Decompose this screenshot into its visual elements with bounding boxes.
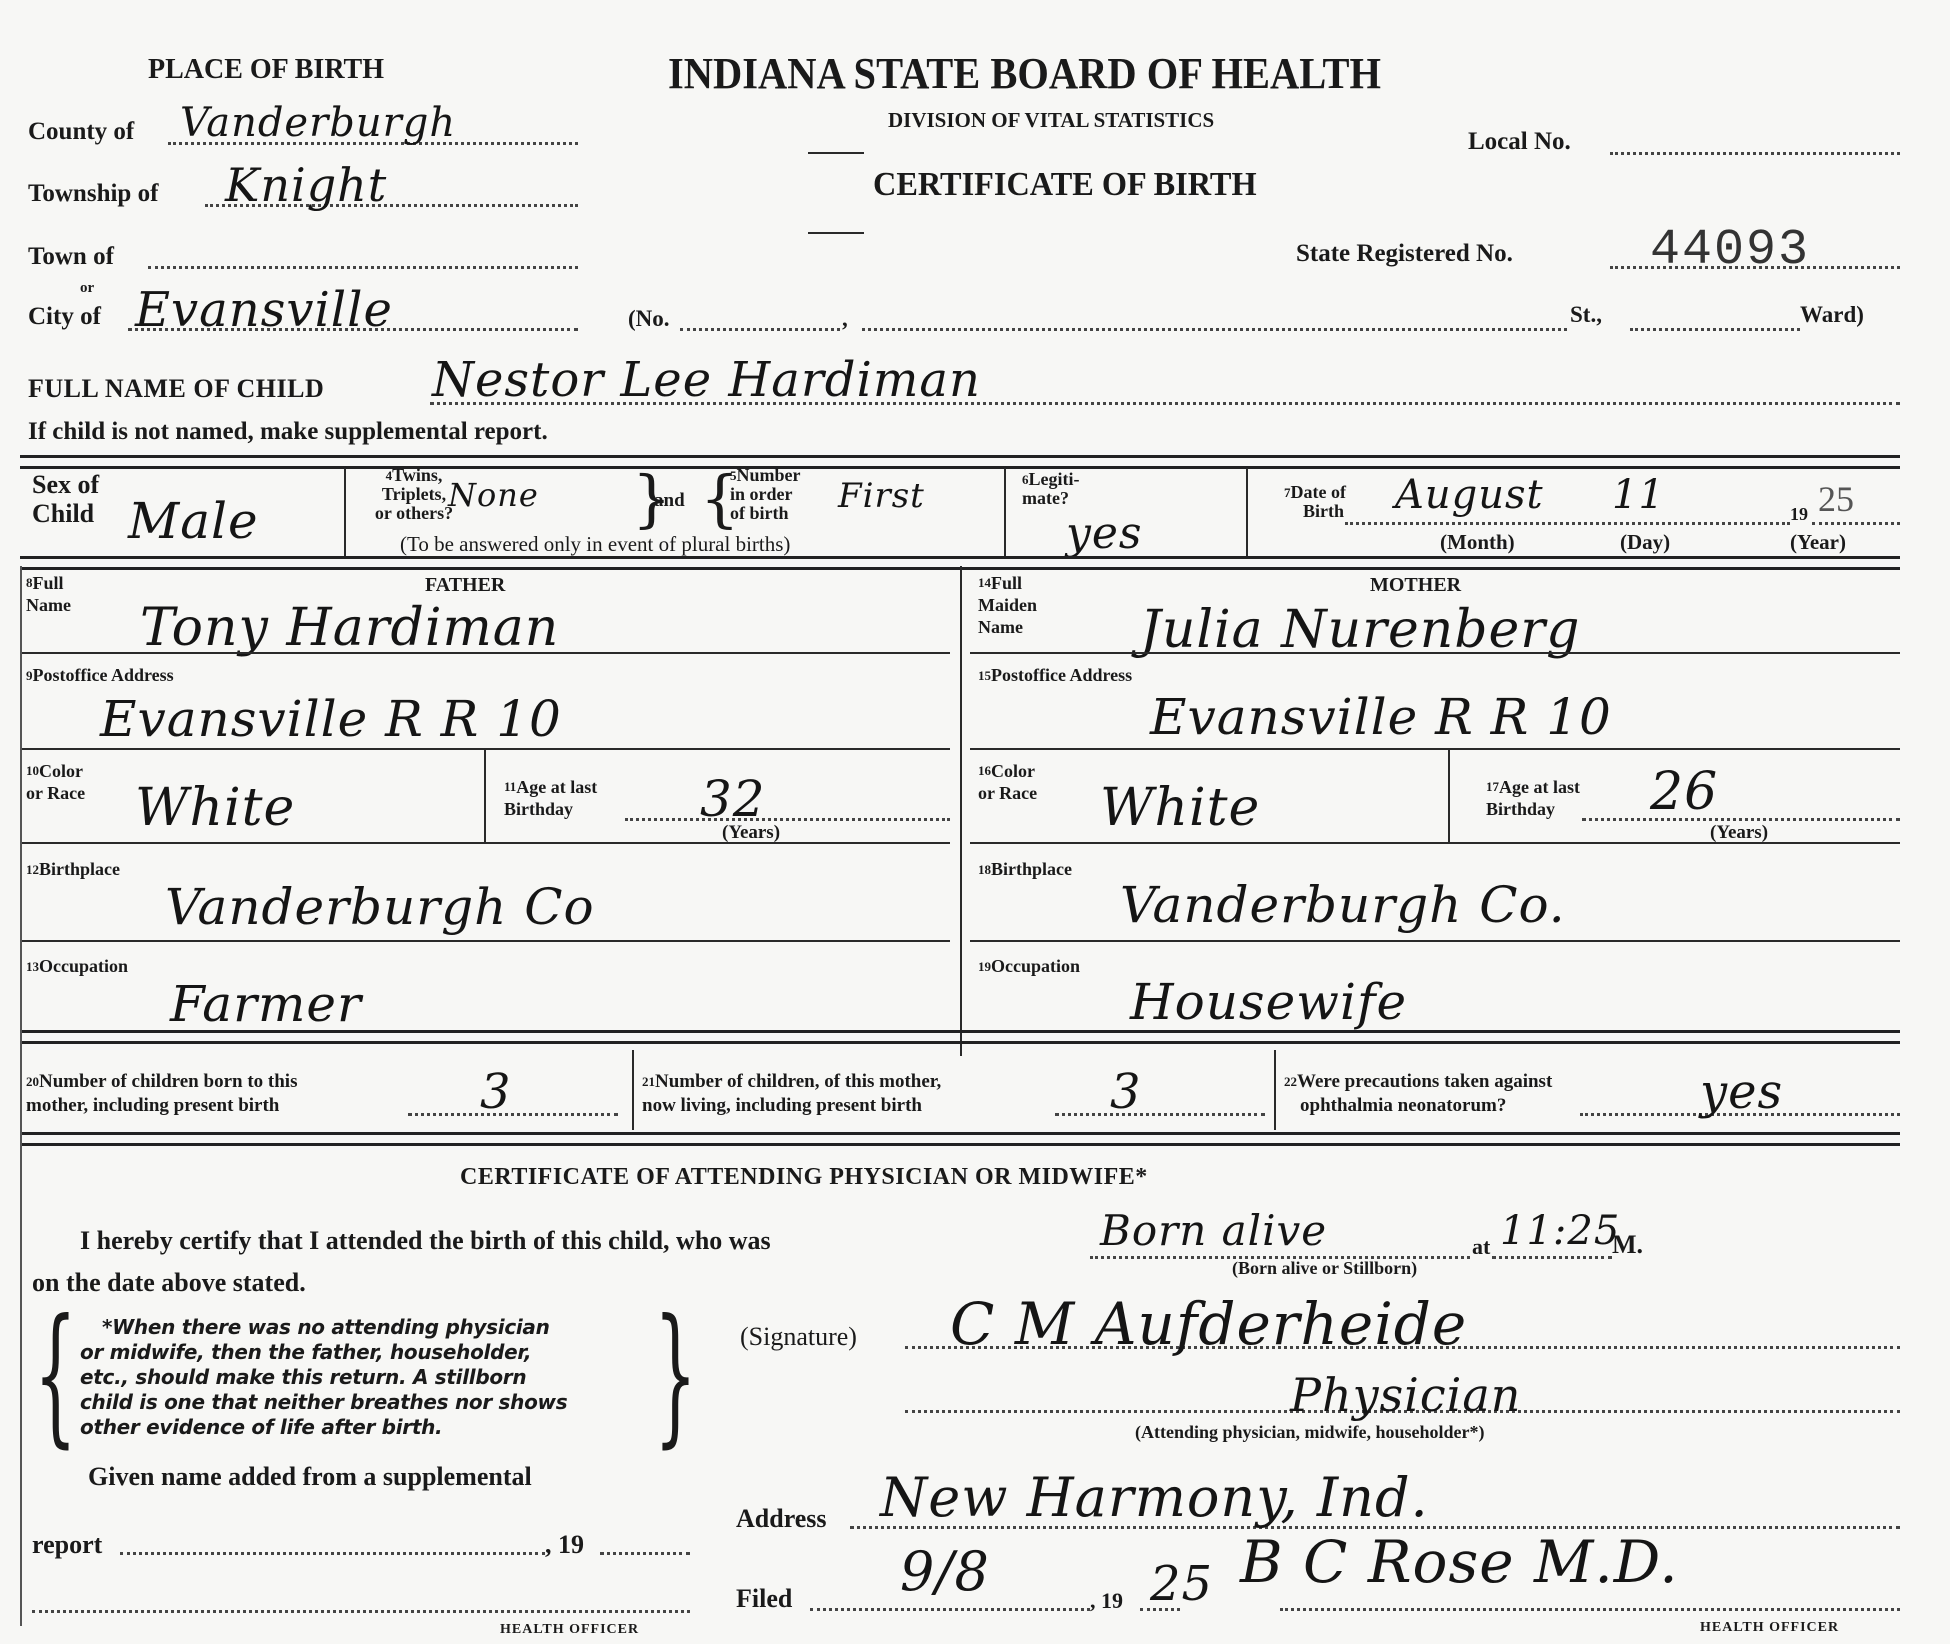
precaution-value[interactable]: yes bbox=[1700, 1064, 1783, 1120]
dob-line bbox=[1345, 522, 1790, 525]
filed-date-line bbox=[810, 1608, 1090, 1611]
dob-line1: Date of bbox=[1291, 482, 1346, 502]
divider bbox=[1274, 1050, 1276, 1130]
mother-name-num: 14 bbox=[978, 575, 991, 590]
local-no-label: Local No. bbox=[1468, 130, 1571, 153]
mother-occupation-value[interactable]: Housewife bbox=[1130, 973, 1407, 1031]
mother-address-value[interactable]: Evansville R R 10 bbox=[1150, 688, 1612, 746]
ward-label: Ward) bbox=[1800, 303, 1864, 326]
children-born-line2: mother, including present birth bbox=[26, 1094, 297, 1118]
father-age-line2: Birthday bbox=[504, 798, 597, 820]
county-value[interactable]: Vanderburgh bbox=[180, 100, 456, 146]
row-rule bbox=[970, 652, 1900, 654]
mother-address-num: 15 bbox=[978, 668, 991, 683]
mother-age-label: 17Age at last Birthday bbox=[1486, 776, 1580, 820]
day-caption: (Day) bbox=[1620, 530, 1670, 555]
town-label: Town of bbox=[28, 245, 114, 268]
children-born-num: 20 bbox=[26, 1074, 39, 1089]
physician-title-value[interactable]: Physician bbox=[1290, 1368, 1521, 1422]
children-living-line1: Number of children, of this mother, bbox=[655, 1071, 941, 1092]
street-no-field[interactable] bbox=[680, 328, 840, 331]
mother-occupation-label: 19Occupation bbox=[978, 955, 1080, 978]
ward-field[interactable] bbox=[1630, 328, 1800, 331]
plural-note: (To be answered only in event of plural … bbox=[400, 532, 790, 557]
city-label: City of bbox=[28, 305, 101, 328]
father-address-value[interactable]: Evansville R R 10 bbox=[100, 690, 562, 748]
mother-name-value[interactable]: Julia Nurenberg bbox=[1140, 600, 1580, 660]
mother-address-label: 15Postoffice Address bbox=[978, 664, 1132, 687]
city-value[interactable]: Evansville bbox=[135, 282, 393, 338]
dob-year-value[interactable]: 25 bbox=[1818, 478, 1854, 520]
child-name-value[interactable]: Nestor Lee Hardiman bbox=[432, 352, 981, 408]
mother-birthplace-num: 18 bbox=[978, 862, 991, 877]
row-rule bbox=[970, 748, 1900, 750]
certify-text: I hereby certify that I attended the bir… bbox=[80, 1226, 771, 1256]
born-status-value[interactable]: Born alive bbox=[1100, 1206, 1327, 1255]
legit-line1: Legiti- bbox=[1029, 469, 1080, 489]
father-race-label: 10Color or Race bbox=[26, 760, 85, 804]
left-border bbox=[20, 566, 22, 1626]
divider bbox=[1246, 468, 1248, 556]
county-label: County of bbox=[28, 120, 134, 143]
filed-date-value[interactable]: 9/8 bbox=[900, 1540, 990, 1603]
dob-label: 7Date of Birth bbox=[1284, 483, 1344, 521]
report-year-field[interactable] bbox=[600, 1552, 690, 1555]
father-race-line2: or Race bbox=[26, 782, 85, 804]
precaution-line2: ophthalmia neonatorum? bbox=[1284, 1094, 1552, 1118]
health-officer-left-field[interactable] bbox=[32, 1610, 690, 1613]
street-no-label: (No. bbox=[628, 307, 670, 330]
mother-age-num: 17 bbox=[1486, 779, 1499, 794]
father-birthplace-text: Birthplace bbox=[39, 859, 120, 879]
dob-year-prefix: 19 bbox=[1790, 503, 1808, 526]
address-value[interactable]: New Harmony, Ind. bbox=[880, 1466, 1429, 1529]
order-label: 5Number in order of birth bbox=[730, 466, 801, 523]
township-label: Township of bbox=[28, 182, 158, 205]
father-age-value[interactable]: 32 bbox=[700, 770, 766, 828]
divider bbox=[1448, 750, 1450, 842]
father-occupation-text: Occupation bbox=[39, 956, 128, 976]
row-rule bbox=[970, 940, 1900, 942]
sex-label-line2: Child bbox=[32, 499, 99, 528]
mother-occupation-text: Occupation bbox=[991, 956, 1080, 976]
father-years-caption: (Years) bbox=[722, 822, 780, 844]
note-line: other evidence of life after birth. bbox=[80, 1415, 567, 1440]
children-born-line bbox=[408, 1113, 618, 1116]
dob-line2: Birth bbox=[1284, 502, 1344, 521]
order-line3: of birth bbox=[730, 504, 801, 523]
state-reg-value[interactable]: 44093 bbox=[1650, 222, 1810, 279]
signature-label: (Signature) bbox=[740, 1322, 857, 1352]
title-caption: (Attending physician, midwife, household… bbox=[1135, 1422, 1485, 1443]
order-line1: Number bbox=[737, 465, 801, 485]
mother-birthplace-label: 18Birthplace bbox=[978, 858, 1072, 881]
dob-month-value[interactable]: August bbox=[1395, 472, 1544, 518]
stillborn-note: *When there was no attending physician o… bbox=[80, 1315, 567, 1440]
report-label: report bbox=[32, 1530, 102, 1560]
born-caption: (Born alive or Stillborn) bbox=[1232, 1258, 1417, 1279]
children-living-value[interactable]: 3 bbox=[1110, 1064, 1142, 1120]
filed-year-value[interactable]: 25 bbox=[1150, 1556, 1213, 1612]
row-rule bbox=[20, 940, 950, 942]
mother-age-line bbox=[1582, 818, 1900, 821]
twins-value[interactable]: None bbox=[448, 476, 539, 514]
father-address-text: Postoffice Address bbox=[33, 665, 174, 685]
sex-label-line1: Sex of bbox=[32, 470, 99, 499]
mother-race-line1: Color bbox=[991, 761, 1035, 781]
filed-label: Filed bbox=[736, 1584, 792, 1614]
mother-birthplace-text: Birthplace bbox=[991, 859, 1072, 879]
mother-name-line2: Maiden bbox=[978, 594, 1037, 616]
precaution-num: 22 bbox=[1284, 1074, 1297, 1089]
mother-age-line1: Age at last bbox=[1499, 777, 1580, 797]
health-officer-line bbox=[1280, 1608, 1900, 1611]
health-officer-signature[interactable]: B C Rose M.D. bbox=[1240, 1528, 1679, 1596]
father-heading: FATHER bbox=[425, 574, 505, 597]
father-age-num: 11 bbox=[504, 779, 516, 794]
certificate-title: CERTIFICATE OF BIRTH bbox=[873, 166, 1257, 204]
mother-race-num: 16 bbox=[978, 763, 991, 778]
note-brace-left-icon: { bbox=[34, 1300, 77, 1450]
divider bbox=[484, 750, 486, 842]
m-label: M. bbox=[1612, 1230, 1643, 1260]
mother-occupation-num: 19 bbox=[978, 959, 991, 974]
note-line: etc., should make this return. A stillbo… bbox=[80, 1365, 567, 1390]
father-name-line2: Name bbox=[26, 594, 71, 616]
legitimate-label: 6Legiti- mate? bbox=[1022, 470, 1080, 508]
mother-heading: MOTHER bbox=[1370, 574, 1461, 597]
note-line: or midwife, then the father, householder… bbox=[80, 1340, 567, 1365]
dob-day-value[interactable]: 11 bbox=[1612, 472, 1665, 518]
place-of-birth-title: PLACE OF BIRTH bbox=[148, 54, 384, 86]
father-birthplace-num: 12 bbox=[26, 862, 39, 877]
father-race-num: 10 bbox=[26, 763, 39, 778]
child-name-label: FULL NAME OF CHILD bbox=[28, 377, 324, 400]
father-birthplace-value[interactable]: Vanderburgh Co bbox=[165, 878, 595, 936]
order-value[interactable]: First bbox=[838, 476, 925, 516]
mother-address-text: Postoffice Address bbox=[991, 665, 1132, 685]
street-label: St., bbox=[1570, 303, 1602, 326]
not-named-note: If child is not named, make supplemental… bbox=[28, 420, 548, 443]
father-name-line1: Full bbox=[33, 573, 64, 593]
father-name-value[interactable]: Tony Hardiman bbox=[140, 598, 559, 658]
mother-years-caption: (Years) bbox=[1710, 822, 1768, 844]
time-value[interactable]: 11:25 bbox=[1500, 1208, 1620, 1254]
sex-label: Sex of Child bbox=[32, 470, 99, 528]
children-born-label: 20Number of children born to this mother… bbox=[26, 1070, 297, 1118]
mother-age-line2: Birthday bbox=[1486, 798, 1580, 820]
children-living-label: 21Number of children, of this mother, no… bbox=[642, 1070, 941, 1118]
section-rule bbox=[20, 1132, 1900, 1146]
title-rule-top bbox=[808, 152, 864, 154]
signature-value[interactable]: C M Aufderheide bbox=[950, 1290, 1467, 1358]
father-occupation-num: 13 bbox=[26, 959, 39, 974]
mother-name-label: 14Full Maiden Name bbox=[978, 572, 1037, 638]
at-label: at bbox=[1472, 1234, 1490, 1260]
father-address-label: 9Postoffice Address bbox=[26, 664, 174, 687]
father-race-line1: Color bbox=[39, 761, 83, 781]
mother-race-label: 16Color or Race bbox=[978, 760, 1037, 804]
divider bbox=[632, 1050, 634, 1130]
mother-name-line1: Full bbox=[991, 573, 1022, 593]
dob-year-line bbox=[1812, 522, 1900, 525]
children-living-line2: now living, including present birth bbox=[642, 1094, 941, 1118]
filed-year-prefix: , 19 bbox=[1090, 1588, 1123, 1614]
precaution-label: 22Were precautions taken against ophthal… bbox=[1284, 1070, 1552, 1118]
report-field[interactable] bbox=[120, 1552, 545, 1555]
physician-heading: CERTIFICATE OF ATTENDING PHYSICIAN OR MI… bbox=[460, 1164, 1148, 1191]
township-value[interactable]: Knight bbox=[225, 158, 387, 212]
children-living-line bbox=[1055, 1113, 1265, 1116]
year-caption: (Year) bbox=[1790, 530, 1846, 555]
local-no-field[interactable] bbox=[1610, 152, 1900, 155]
note-brace-right-icon: } bbox=[654, 1300, 697, 1450]
or-label: or bbox=[80, 277, 94, 300]
mother-race-line2: or Race bbox=[978, 782, 1037, 804]
sex-value[interactable]: Male bbox=[128, 492, 259, 550]
children-born-value[interactable]: 3 bbox=[480, 1064, 512, 1120]
father-age-line bbox=[625, 818, 950, 821]
children-born-line1: Number of children born to this bbox=[39, 1071, 297, 1092]
given-name-text: Given name added from a supplemental bbox=[88, 1462, 532, 1492]
title-rule-bottom bbox=[808, 232, 864, 234]
town-field[interactable] bbox=[148, 266, 578, 269]
father-age-line1: Age at last bbox=[516, 777, 597, 797]
father-birthplace-label: 12Birthplace bbox=[26, 858, 120, 881]
report-year-prefix: , 19 bbox=[545, 1530, 584, 1560]
father-name-label: 8Full Name bbox=[26, 572, 71, 616]
health-officer-right-label: HEALTH OFFICER bbox=[1700, 1620, 1839, 1636]
order-line2: in order bbox=[730, 485, 801, 504]
street-field[interactable] bbox=[862, 328, 1567, 331]
legit-line2: mate? bbox=[1022, 489, 1080, 508]
parents-divider bbox=[960, 566, 962, 1056]
comma: , bbox=[842, 307, 848, 330]
time-line bbox=[1492, 1256, 1612, 1259]
health-officer-left-label: HEALTH OFFICER bbox=[500, 1622, 639, 1638]
address-label: Address bbox=[736, 1504, 827, 1534]
legitimate-value[interactable]: yes bbox=[1066, 508, 1142, 559]
agency-title: INDIANA STATE BOARD OF HEALTH bbox=[668, 48, 1381, 99]
mother-name-line3: Name bbox=[978, 616, 1037, 638]
divider bbox=[344, 468, 346, 556]
row-rule bbox=[970, 842, 1900, 844]
note-line: child is one that neither breathes nor s… bbox=[80, 1390, 567, 1415]
father-occupation-label: 13Occupation bbox=[26, 955, 128, 978]
father-race-value[interactable]: White bbox=[135, 778, 295, 838]
row-rule bbox=[20, 842, 950, 844]
note-line: *When there was no attending physician bbox=[80, 1315, 567, 1340]
children-living-num: 21 bbox=[642, 1074, 655, 1089]
precaution-line1: Were precautions taken against bbox=[1297, 1071, 1552, 1092]
state-reg-label: State Registered No. bbox=[1296, 242, 1513, 265]
section-rule bbox=[20, 1030, 1900, 1044]
and-label: and bbox=[654, 489, 685, 512]
father-age-label: 11Age at last Birthday bbox=[504, 776, 597, 820]
section-rule bbox=[20, 455, 1900, 469]
month-caption: (Month) bbox=[1440, 530, 1515, 555]
division-title: DIVISION OF VITAL STATISTICS bbox=[888, 108, 1214, 133]
row-rule bbox=[20, 652, 950, 654]
mother-age-value[interactable]: 26 bbox=[1650, 762, 1718, 822]
divider bbox=[1004, 468, 1006, 556]
mother-birthplace-value[interactable]: Vanderburgh Co. bbox=[1120, 876, 1566, 934]
father-occupation-value[interactable]: Farmer bbox=[170, 975, 362, 1033]
twins-line1: Twins, bbox=[392, 465, 442, 485]
mother-race-value[interactable]: White bbox=[1100, 778, 1260, 838]
